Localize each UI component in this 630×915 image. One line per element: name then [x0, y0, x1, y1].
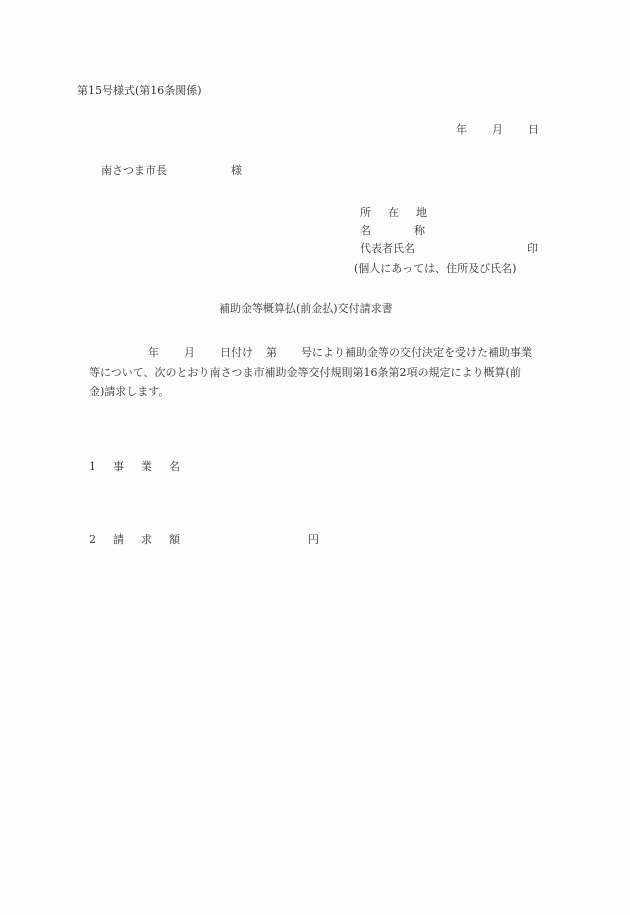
body-number-prefix: 第 — [266, 346, 277, 360]
addressee-name: 南さつま市長 — [101, 164, 167, 178]
representative-label: 代表者氏名 — [360, 242, 415, 256]
name-label: 名 称 — [360, 224, 425, 238]
body-month-label: 月 — [184, 346, 195, 360]
address-label-char: 在 — [388, 206, 399, 219]
body-line1-rest: 号により補助金等の交付決定を受けた補助事業 — [301, 346, 532, 360]
item-label-char: 事 — [113, 460, 124, 473]
item-number: 1 — [89, 460, 96, 473]
item-label-char: 額 — [169, 533, 180, 546]
item-label-char: 業 — [141, 460, 152, 473]
amount-unit-yen: 円 — [308, 533, 319, 547]
addressee-honorific: 様 — [231, 164, 242, 178]
address-label-char: 所 — [360, 206, 371, 219]
address-label-char: 地 — [416, 206, 427, 219]
item-project-name: 1 事 業 名 — [89, 460, 180, 474]
individual-note: (個人にあっては、住所及び氏名) — [354, 262, 516, 276]
date-day-label: 日 — [528, 123, 539, 137]
body-line3: 金)請求します。 — [89, 385, 169, 399]
item-label-char: 請 — [113, 533, 124, 546]
item-label-char: 求 — [141, 533, 152, 546]
document-title: 補助金等概算払(前金払)交付請求書 — [219, 302, 393, 316]
item-request-amount: 2 請 求 額 — [89, 533, 180, 547]
date-year-label: 年 — [456, 123, 467, 137]
form-number: 第15号様式(第16条関係) — [77, 84, 202, 98]
seal-mark: 印 — [527, 242, 538, 256]
name-label-char: 名 — [360, 224, 371, 237]
address-label: 所 在 地 — [360, 206, 427, 220]
body-year-label: 年 — [148, 346, 159, 360]
item-label-char: 名 — [169, 460, 180, 473]
item-number: 2 — [89, 533, 96, 546]
name-label-char: 称 — [414, 224, 425, 237]
body-day-suffix: 日付け — [220, 346, 253, 360]
body-line2: 等について、次のとおり南さつま市補助金等交付規則第16条第2項の規定により概算(… — [89, 366, 521, 380]
date-month-label: 月 — [492, 123, 503, 137]
